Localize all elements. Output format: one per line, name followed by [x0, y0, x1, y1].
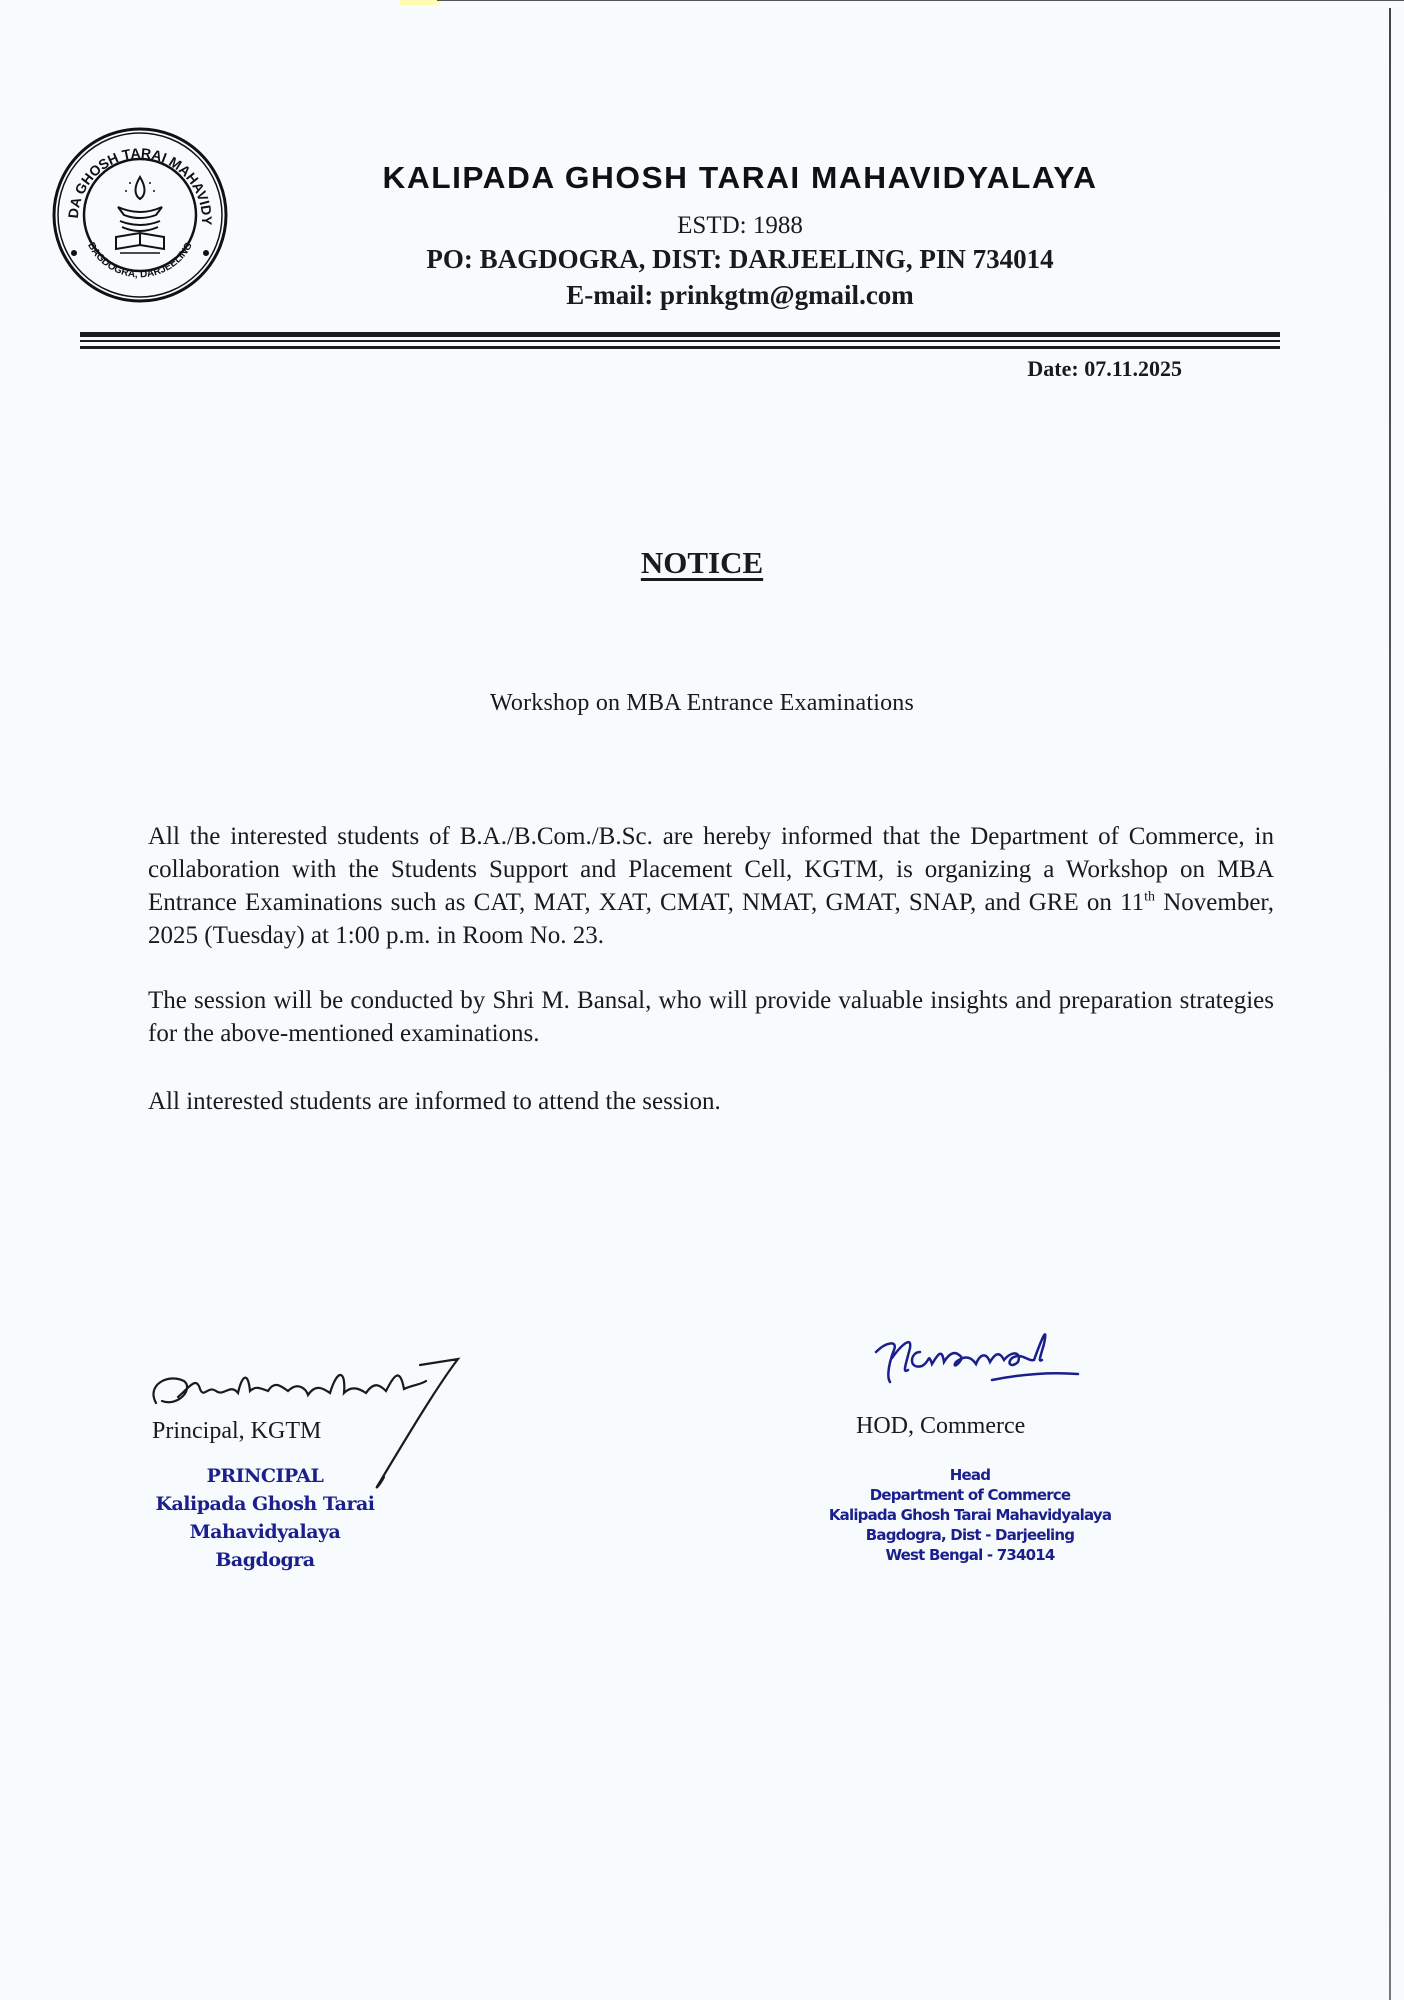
stamp-line: Mahavidyalaya — [140, 1518, 390, 1546]
page-top-edge — [437, 0, 1404, 1]
stamp-line: Kalipada Ghosh Tarai Mahavidyalaya — [790, 1505, 1150, 1525]
stamp-line: West Bengal - 734014 — [790, 1545, 1150, 1565]
stamp-line: Kalipada Ghosh Tarai — [140, 1490, 390, 1518]
college-email: E-mail: prinkgtm@gmail.com — [300, 280, 1180, 311]
college-name: KALIPADA GHOSH TARAI MAHAVIDYALAYA — [291, 160, 1189, 196]
college-seal-icon: KALIPADA GHOSH TARAI MAHAVIDYALAYA BAGDO… — [50, 125, 230, 305]
stamp-line: Department of Commerce — [790, 1485, 1150, 1505]
header-divider — [80, 340, 1280, 342]
principal-stamp: PRINCIPAL Kalipada Ghosh Tarai Mahavidya… — [140, 1462, 390, 1574]
stamp-line: PRINCIPAL — [140, 1462, 390, 1490]
established-year: ESTD: 1988 — [300, 212, 1180, 240]
notice-subject: Workshop on MBA Entrance Examinations — [0, 690, 1404, 717]
notice-date: Date: 07.11.2025 — [1027, 356, 1182, 382]
stamp-line: Head — [790, 1465, 1150, 1485]
page-right-edge — [1389, 8, 1391, 2000]
header-divider — [80, 332, 1280, 337]
hod-designation: HOD, Commerce — [856, 1413, 1025, 1440]
header-divider — [80, 346, 1280, 349]
paragraph-text: All the interested students of B.A./B.Co… — [148, 823, 1274, 916]
principal-designation: Principal, KGTM — [152, 1418, 321, 1445]
notice-paragraph: All the interested students of B.A./B.Co… — [148, 820, 1274, 952]
notice-title: NOTICE — [0, 545, 1404, 581]
svg-text:BAGDOGRA, DARJEELING: BAGDOGRA, DARJEELING — [85, 241, 195, 281]
scan-artifact — [400, 0, 440, 5]
notice-paragraph: All interested students are informed to … — [148, 1085, 1274, 1118]
stamp-line: Bagdogra, Dist - Darjeeling — [790, 1525, 1150, 1545]
notice-paragraph: The session will be conducted by Shri M.… — [148, 984, 1274, 1050]
hod-signature — [872, 1318, 1112, 1398]
ordinal-suffix: th — [1144, 890, 1155, 905]
college-address: PO: BAGDOGRA, DIST: DARJEELING, PIN 7340… — [300, 244, 1180, 275]
notice-title-text: NOTICE — [641, 545, 763, 580]
hod-stamp: Head Department of Commerce Kalipada Gho… — [790, 1465, 1150, 1565]
stamp-line: Bagdogra — [140, 1546, 390, 1574]
